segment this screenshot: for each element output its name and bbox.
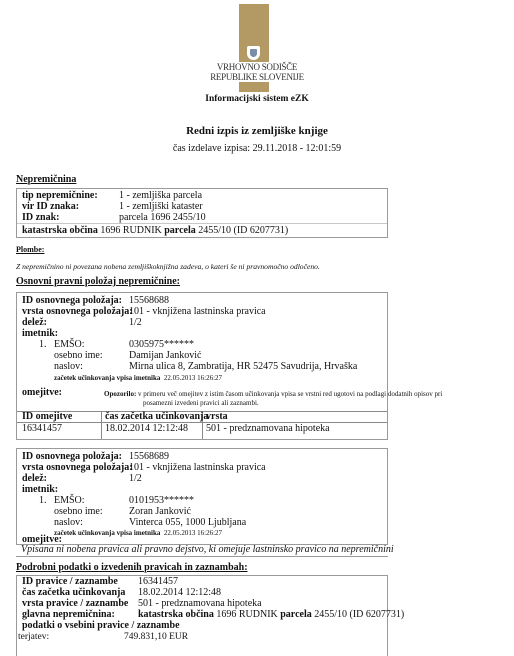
holder-effective: začetek učinkovanja vpisa imetnika 22.05…	[54, 527, 222, 539]
created-timestamp: čas izdelave izpisa: 29.11.2018 - 12:01:…	[0, 143, 514, 154]
property-box: tip nepremičnine: 1 - zemljiška parcela …	[16, 188, 388, 238]
restriction-row-time: 18.02.2014 12:12:48	[105, 423, 188, 435]
section-title-legal-status: Osnovni pravni položaj nepremičnine:	[16, 276, 180, 287]
holder-effective: začetek učinkovanja vpisa imetnika 22.05…	[54, 372, 222, 384]
restrictions-text: Vpisana ni nobena pravica ali pravno dej…	[21, 544, 394, 556]
logo-line-1: VRHOVNO SODIŠČE	[216, 62, 298, 72]
restrictions-header-id: ID omejitve	[22, 411, 72, 423]
system-name: Informacijski sistem eZK	[0, 94, 514, 104]
restriction-row-type: 501 - predznamovana hipoteka	[206, 423, 330, 435]
coat-of-arms-icon	[247, 46, 260, 60]
derived-rights-box: ID pravice / zaznambe 16341457 čas začet…	[16, 575, 388, 656]
logo-line-2: REPUBLIKE SLOVENIJE	[209, 72, 305, 82]
restrictions-header-type: vrsta	[206, 411, 228, 423]
claim-value: 749.831,10 EUR	[124, 631, 188, 643]
position-type: 101 - vknjižena lastninska pravica	[129, 462, 266, 474]
restrictions-header-time: čas začetka učinkovanja	[105, 411, 208, 423]
section-title-property: Nepremičnina	[16, 174, 76, 185]
position-share: 1/2	[129, 473, 142, 485]
restriction-row-id: 16341457	[22, 423, 62, 435]
legal-position-box-2: ID osnovnega položaja: 15568689 vrsta os…	[16, 448, 388, 545]
cadastral-line: katastrska občina 1696 RUDNIK parcela 24…	[22, 225, 288, 237]
section-title-notes: Plombe:	[16, 245, 44, 254]
document-title: Redni izpis iz zemljiške knjige	[0, 125, 514, 137]
position-type: 101 - vknjižena lastninska pravica	[129, 306, 266, 318]
position-share: 1/2	[129, 317, 142, 329]
legal-position-box-1: ID osnovnega položaja: 15568688 vrsta os…	[16, 292, 388, 440]
section-title-derived-rights: Podrobni podatki o izvedenih pravicah in…	[16, 562, 248, 573]
notes-text: Z nepremičnino ni povezana nobena zemlji…	[16, 261, 320, 273]
